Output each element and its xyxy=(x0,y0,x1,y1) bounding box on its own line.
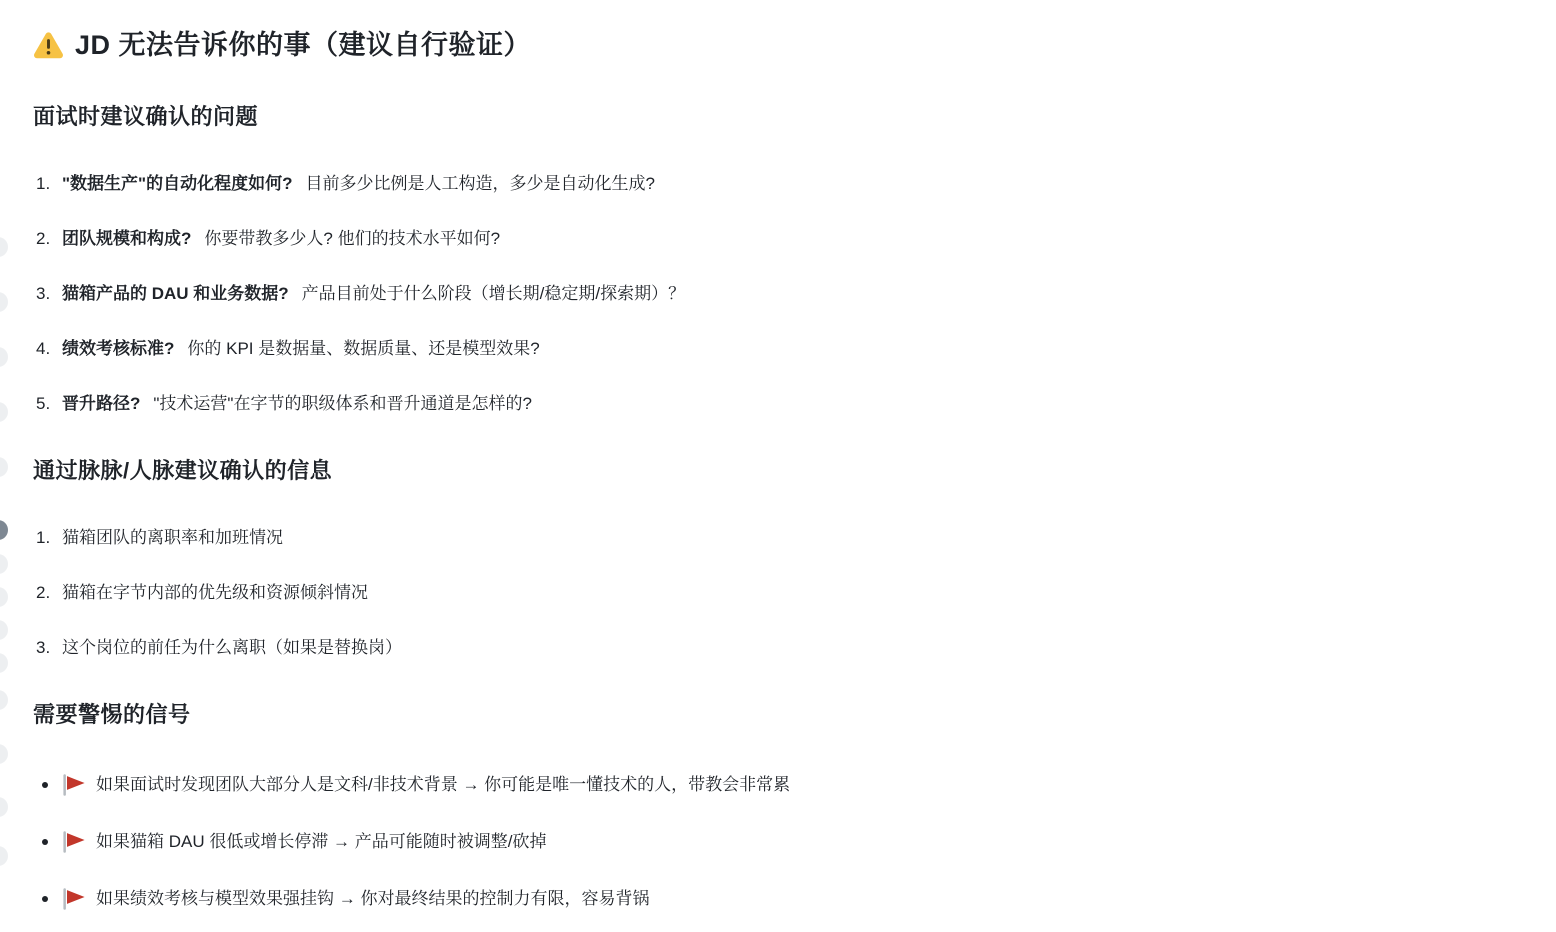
list-number: 3. xyxy=(36,637,53,659)
list-item: 1. 猫箱团队的离职率和加班情况 xyxy=(33,527,1516,549)
list-item-text: "数据生产"的自动化程度如何?目前多少比例是人工构造，多少是自动化生成? xyxy=(62,173,655,195)
section-heading-network-info: 通过脉脉/人脉建议确认的信息 xyxy=(33,457,1516,485)
list-item-text: 猫箱在字节内部的优先级和资源倾斜情况 xyxy=(62,582,368,604)
list-item: 如果猫箱 DAU 很低或增长停滞 → 产品可能随时被调整/砍掉 xyxy=(33,830,1516,854)
list-item: 4. 绩效考核标准?你的 KPI 是数据量、数据质量、还是模型效果? xyxy=(33,338,1516,360)
list-item: 5. 晋升路径?"技术运营"在字节的职级体系和晋升通道是怎样的? xyxy=(33,393,1516,415)
list-item-text: 猫箱团队的离职率和加班情况 xyxy=(62,527,283,549)
list-number: 1. xyxy=(36,527,53,549)
section-heading-warning-signals: 需要警惕的信号 xyxy=(33,701,1516,729)
list-item: 2. 团队规模和构成?你要带教多少人? 他们的技术水平如何? xyxy=(33,228,1516,250)
list-item-text: 如果猫箱 DAU 很低或增长停滞 → 产品可能随时被调整/砍掉 xyxy=(96,831,547,853)
red-flag-icon xyxy=(61,830,96,854)
list-item-text: 团队规模和构成?你要带教多少人? 他们的技术水平如何? xyxy=(62,228,500,250)
list-item: 如果面试时发现团队大部分人是文科/非技术背景 → 你可能是唯一懂技术的人，带教会… xyxy=(33,773,1516,797)
list-item: 3. 猫箱产品的 DAU 和业务数据?产品目前处于什么阶段（增长期/稳定期/探索… xyxy=(33,283,1516,305)
page-title-text: JD 无法告诉你的事（建议自行验证） xyxy=(75,28,531,62)
page-title: JD 无法告诉你的事（建议自行验证） xyxy=(33,28,1516,62)
document-body: JD 无法告诉你的事（建议自行验证） 面试时建议确认的问题 1. "数据生产"的… xyxy=(0,0,1556,911)
ordered-list-interview-questions: 1. "数据生产"的自动化程度如何?目前多少比例是人工构造，多少是自动化生成? … xyxy=(33,173,1516,415)
list-number: 3. xyxy=(36,283,53,305)
section-heading-interview-questions: 面试时建议确认的问题 xyxy=(33,103,1516,131)
list-item: 如果绩效考核与模型效果强挂钩 → 你对最终结果的控制力有限，容易背锅 xyxy=(33,887,1516,911)
list-number: 5. xyxy=(36,393,53,415)
bullet-list-warning-signals: 如果面试时发现团队大部分人是文科/非技术背景 → 你可能是唯一懂技术的人，带教会… xyxy=(33,773,1516,911)
list-number: 4. xyxy=(36,338,53,360)
list-number: 1. xyxy=(36,173,53,195)
ordered-list-network-info: 1. 猫箱团队的离职率和加班情况 2. 猫箱在字节内部的优先级和资源倾斜情况 3… xyxy=(33,527,1516,659)
list-item-text: 如果绩效考核与模型效果强挂钩 → 你对最终结果的控制力有限，容易背锅 xyxy=(96,888,649,910)
list-item-text: 晋升路径?"技术运营"在字节的职级体系和晋升通道是怎样的? xyxy=(62,393,532,415)
list-item: 3. 这个岗位的前任为什么离职（如果是替换岗） xyxy=(33,637,1516,659)
list-item-text: 这个岗位的前任为什么离职（如果是替换岗） xyxy=(62,637,402,659)
list-item-text: 绩效考核标准?你的 KPI 是数据量、数据质量、还是模型效果? xyxy=(62,338,540,360)
list-item: 2. 猫箱在字节内部的优先级和资源倾斜情况 xyxy=(33,582,1516,604)
bullet-dot-icon xyxy=(42,782,48,788)
list-item: 1. "数据生产"的自动化程度如何?目前多少比例是人工构造，多少是自动化生成? xyxy=(33,173,1516,195)
list-item-text: 猫箱产品的 DAU 和业务数据?产品目前处于什么阶段（增长期/稳定期/探索期）？ xyxy=(62,283,685,305)
red-flag-icon xyxy=(61,773,96,797)
bullet-dot-icon xyxy=(42,896,48,902)
list-item-text: 如果面试时发现团队大部分人是文科/非技术背景 → 你可能是唯一懂技术的人，带教会… xyxy=(96,774,790,796)
warning-icon xyxy=(33,31,64,59)
bullet-dot-icon xyxy=(42,839,48,845)
list-number: 2. xyxy=(36,228,53,250)
list-number: 2. xyxy=(36,582,53,604)
red-flag-icon xyxy=(61,887,96,911)
